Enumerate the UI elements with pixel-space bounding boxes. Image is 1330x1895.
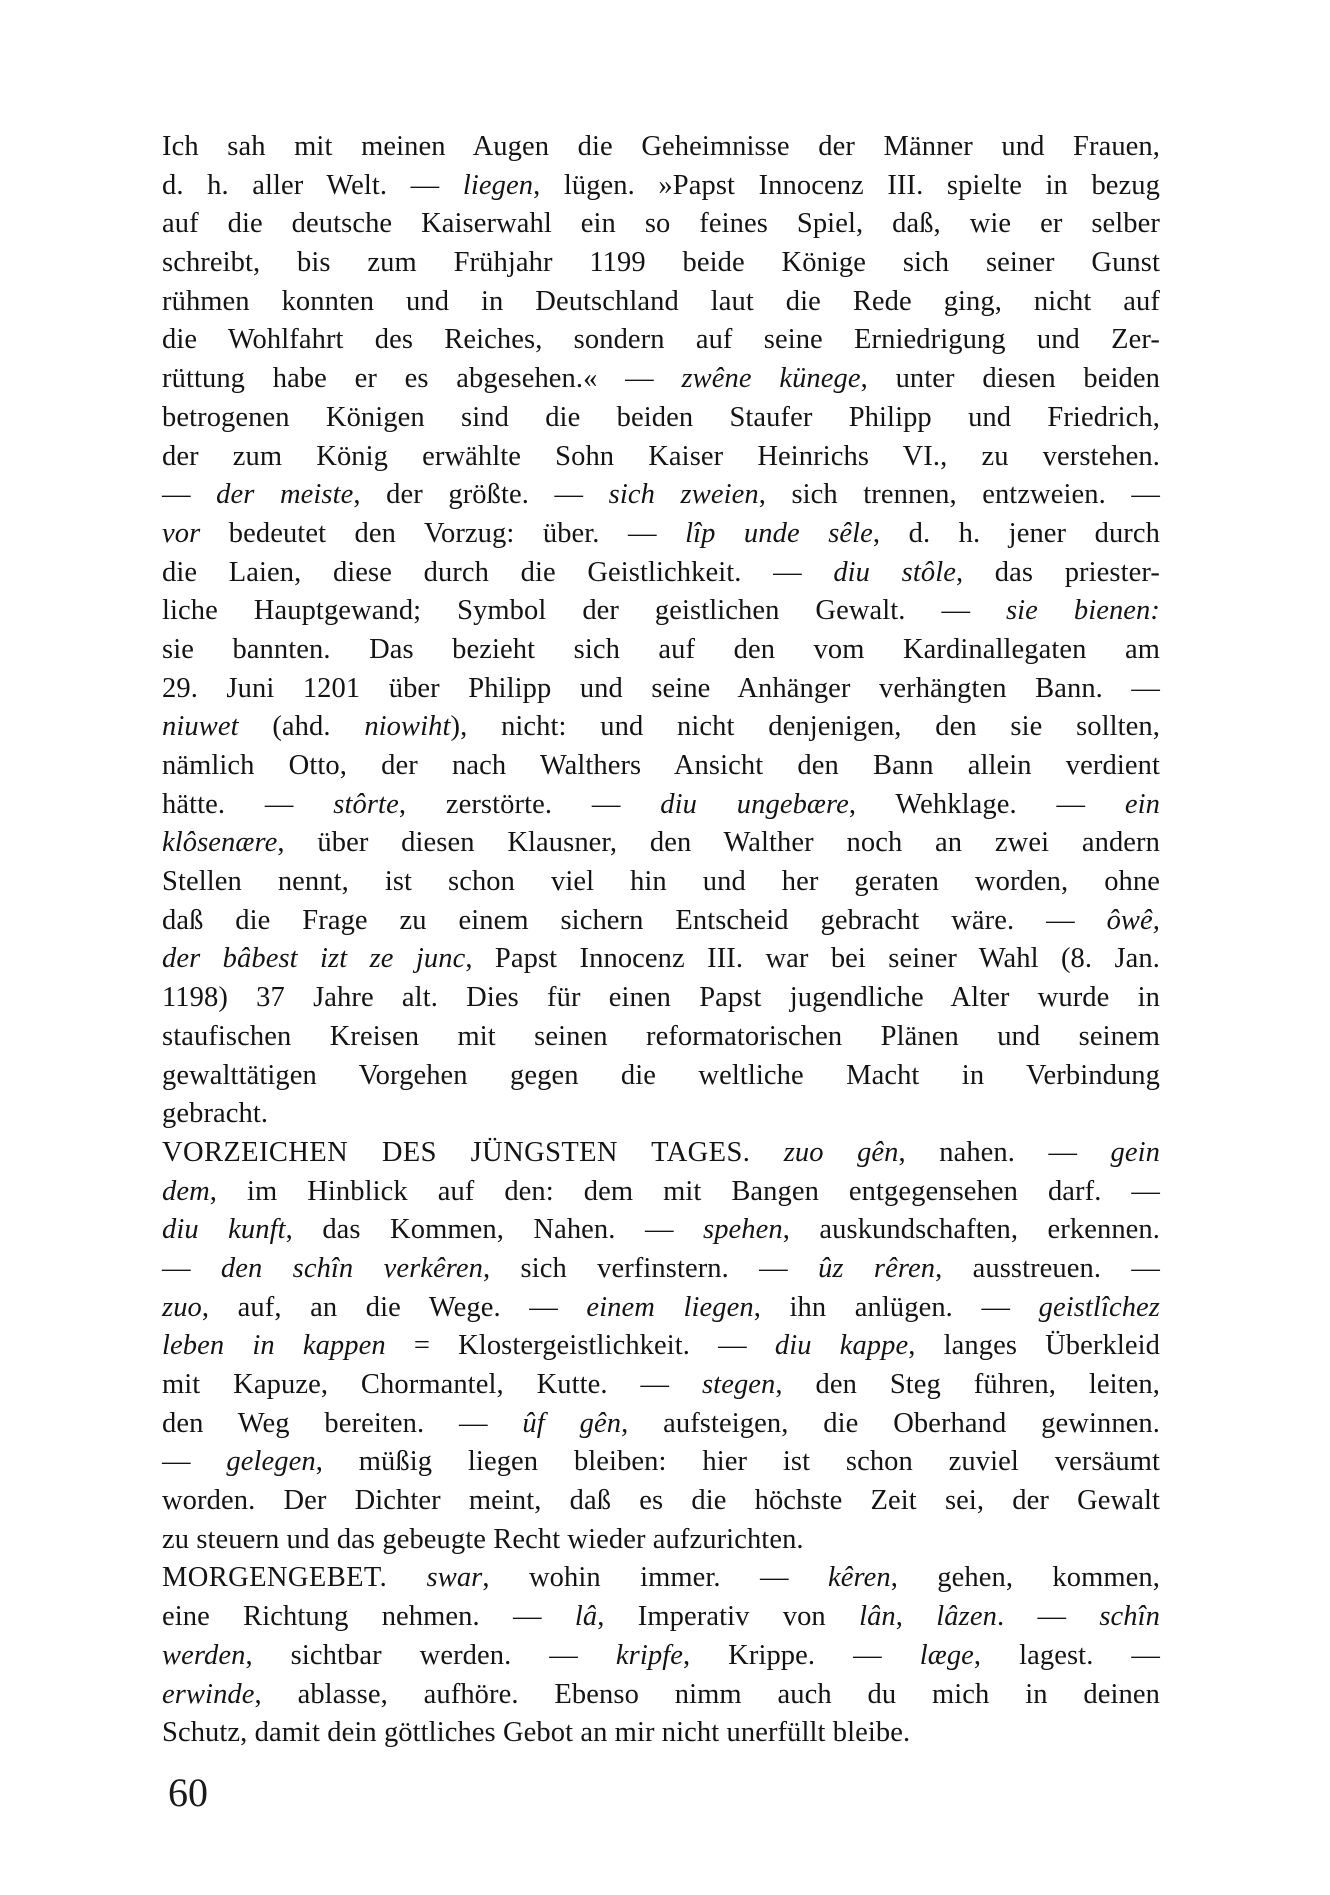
mhg-term: zuo bbox=[162, 1292, 202, 1323]
text-line: Ich sah mit meinen Augen die Geheimnisse… bbox=[162, 128, 1160, 167]
text-line: zuo, auf, an die Wege. — einem liegen, i… bbox=[162, 1289, 1160, 1328]
text-line: gewalttätigen Vorgehen gegen die weltlic… bbox=[162, 1057, 1160, 1096]
text-line: niuwet (ahd. niowiht), nicht: und nicht … bbox=[162, 708, 1160, 747]
page-number: 60 bbox=[168, 1768, 208, 1818]
gloss-text: — bbox=[162, 1446, 226, 1477]
gloss-text: , das priester- bbox=[956, 557, 1160, 588]
mhg-term: dem bbox=[162, 1176, 210, 1207]
text-line: betrogenen Königen sind die beiden Stauf… bbox=[162, 399, 1160, 438]
text-line: vor bedeutet den Vorzug: über. — lîp und… bbox=[162, 515, 1160, 554]
text-line: auf die deutsche Kaiserwahl ein so feine… bbox=[162, 205, 1160, 244]
mhg-term: vor bbox=[162, 518, 200, 549]
gloss-text: daß die Frage zu einem sichern Entscheid… bbox=[162, 905, 1107, 936]
mhg-term: liegen bbox=[463, 170, 533, 201]
text-line: hätte. — stôrte, zerstörte. — diu ungebæ… bbox=[162, 786, 1160, 825]
gloss-text: , auskundschaften, erkennen. bbox=[783, 1214, 1160, 1245]
mhg-term: den schîn verkêren bbox=[221, 1253, 483, 1284]
gloss-text: , lügen. »Papst Innocenz III. spielte in… bbox=[533, 170, 1160, 201]
gloss-text: , sich trennen, entzweien. — bbox=[759, 479, 1160, 510]
text-line: — der meiste, der größte. — sich zweien,… bbox=[162, 476, 1160, 515]
mhg-term: gelegen bbox=[226, 1446, 315, 1477]
gloss-text: = Klostergeistlichkeit. — bbox=[386, 1330, 775, 1361]
mhg-term: erwinde bbox=[162, 1679, 255, 1710]
gloss-text: , sich verfinstern. — bbox=[483, 1253, 818, 1284]
commentary-text-block: Ich sah mit meinen Augen die Geheimnisse… bbox=[162, 128, 1160, 1753]
mhg-term: niowiht bbox=[364, 711, 450, 742]
mhg-term: gein bbox=[1111, 1137, 1160, 1168]
mhg-term: ein bbox=[1125, 789, 1160, 820]
gloss-text: , den Steg führen, leiten, bbox=[775, 1369, 1160, 1400]
text-line: schreibt, bis zum Frühjahr 1199 beide Kö… bbox=[162, 244, 1160, 283]
gloss-text: , nahen. — bbox=[899, 1137, 1111, 1168]
text-line: gebracht. bbox=[162, 1095, 1160, 1134]
gloss-text: , Imperativ von bbox=[597, 1601, 859, 1632]
text-line: staufischen Kreisen mit seinen reformato… bbox=[162, 1018, 1160, 1057]
mhg-term: lâ bbox=[575, 1601, 597, 1632]
mhg-term: ûz rêren bbox=[818, 1253, 935, 1284]
commentary-section-intro: Ich sah mit meinen Augen die Geheimnisse… bbox=[162, 128, 1160, 1134]
book-page: Ich sah mit meinen Augen die Geheimnisse… bbox=[0, 0, 1330, 1895]
text-line: diu kunft, das Kommen, Nahen. — spehen, … bbox=[162, 1211, 1160, 1250]
gloss-text bbox=[387, 1562, 426, 1593]
gloss-text: ), nicht: und nicht denjenigen, den sie … bbox=[451, 711, 1160, 742]
gloss-text: Schutz, damit dein göttliches Gebot an m… bbox=[162, 1717, 910, 1748]
commentary-section: VORZEICHEN DES JÜNGSTEN TAGES. zuo gên, … bbox=[162, 1134, 1160, 1560]
text-line: der zum König erwählte Sohn Kaiser Heinr… bbox=[162, 438, 1160, 477]
mhg-term: zwêne künege bbox=[681, 363, 860, 394]
gloss-text: der zum König erwählte Sohn Kaiser Heinr… bbox=[162, 441, 1160, 472]
text-line: werden, sichtbar werden. — kripfe, Kripp… bbox=[162, 1637, 1160, 1676]
gloss-text: , langes Überkleid bbox=[908, 1330, 1160, 1361]
gloss-text: die Wohlfahrt des Reiches, sondern auf s… bbox=[162, 324, 1160, 355]
gloss-text: nämlich Otto, der nach Walthers Ansicht … bbox=[162, 750, 1160, 781]
gloss-text: , wohin immer. — bbox=[482, 1562, 828, 1593]
gloss-text: worden. Der Dichter meint, daß es die hö… bbox=[162, 1485, 1160, 1516]
gloss-text: , ablasse, aufhöre. Ebenso nimm auch du … bbox=[255, 1679, 1160, 1710]
mhg-term: diu ungebære bbox=[660, 789, 849, 820]
gloss-text: 1198) 37 Jahre alt. Dies für einen Papst… bbox=[162, 982, 1160, 1013]
gloss-text: , der größte. — bbox=[353, 479, 608, 510]
gloss-text: , zerstörte. — bbox=[399, 789, 660, 820]
mhg-term: diu kunft bbox=[162, 1214, 286, 1245]
mhg-term: klôsenære bbox=[162, 827, 277, 858]
gloss-text: , d. h. jener durch bbox=[873, 518, 1160, 549]
text-line: sie bannten. Das bezieht sich auf den vo… bbox=[162, 631, 1160, 670]
gloss-text: , Wehklage. — bbox=[849, 789, 1125, 820]
mhg-term: swar bbox=[427, 1562, 483, 1593]
mhg-term: diu kappe bbox=[775, 1330, 908, 1361]
gloss-text: rühmen konnten und in Deutschland laut d… bbox=[162, 286, 1160, 317]
gloss-text: , auf, an die Wege. — bbox=[202, 1292, 587, 1323]
gloss-text: die Laien, diese durch die Geistlichkeit… bbox=[162, 557, 833, 588]
text-line: rüttung habe er es abgesehen.« — zwêne k… bbox=[162, 360, 1160, 399]
mhg-term: der meiste bbox=[216, 479, 353, 510]
text-line: leben in kappen = Klostergeistlichkeit. … bbox=[162, 1327, 1160, 1366]
gloss-text: staufischen Kreisen mit seinen reformato… bbox=[162, 1021, 1160, 1052]
gloss-text: , Krippe. — bbox=[683, 1640, 920, 1671]
gloss-text: auf die deutsche Kaiserwahl ein so feine… bbox=[162, 208, 1160, 239]
gloss-text: rüttung habe er es abgesehen.« — bbox=[162, 363, 681, 394]
gloss-text: d. h. aller Welt. — bbox=[162, 170, 463, 201]
gloss-text: 29. Juni 1201 über Philipp und seine Anh… bbox=[162, 673, 1160, 704]
text-line: rühmen konnten und in Deutschland laut d… bbox=[162, 283, 1160, 322]
gloss-text: . — bbox=[997, 1601, 1099, 1632]
mhg-term: kripfe bbox=[616, 1640, 683, 1671]
text-line: die Laien, diese durch die Geistlichkeit… bbox=[162, 554, 1160, 593]
text-line: der bâbest izt ze junc, Papst Innocenz I… bbox=[162, 940, 1160, 979]
mhg-term: lâzen bbox=[936, 1601, 997, 1632]
text-line: 1198) 37 Jahre alt. Dies für einen Papst… bbox=[162, 979, 1160, 1018]
text-line: mit Kapuze, Chormantel, Kutte. — stegen,… bbox=[162, 1366, 1160, 1405]
text-line: eine Richtung nehmen. — lâ, Imperativ vo… bbox=[162, 1598, 1160, 1637]
gloss-text bbox=[750, 1137, 783, 1168]
mhg-term: diu stôle bbox=[833, 557, 956, 588]
section-heading: VORZEICHEN DES JÜNGSTEN TAGES. bbox=[162, 1137, 750, 1168]
mhg-term: sie bienen: bbox=[1006, 595, 1160, 626]
text-line: MORGENGEBET. swar, wohin immer. — kêren,… bbox=[162, 1559, 1160, 1598]
text-line: daß die Frage zu einem sichern Entscheid… bbox=[162, 902, 1160, 941]
gloss-text: — bbox=[162, 479, 216, 510]
gloss-text: , im Hinblick auf den: dem mit Bangen en… bbox=[210, 1176, 1160, 1207]
commentary-section: MORGENGEBET. swar, wohin immer. — kêren,… bbox=[162, 1559, 1160, 1752]
mhg-term: stegen bbox=[702, 1369, 775, 1400]
gloss-text: , müßig liegen bleiben: hier ist schon z… bbox=[316, 1446, 1160, 1477]
gloss-text: , über diesen Klausner, den Walther noch… bbox=[277, 827, 1160, 858]
gloss-text: betrogenen Königen sind die beiden Stauf… bbox=[162, 402, 1160, 433]
text-line: d. h. aller Welt. — liegen, lügen. »Paps… bbox=[162, 167, 1160, 206]
gloss-text: gewalttätigen Vorgehen gegen die weltlic… bbox=[162, 1060, 1160, 1091]
gloss-text: , lagest. — bbox=[974, 1640, 1160, 1671]
mhg-term: læge bbox=[920, 1640, 974, 1671]
gloss-text: — bbox=[162, 1253, 221, 1284]
text-line: VORZEICHEN DES JÜNGSTEN TAGES. zuo gên, … bbox=[162, 1134, 1160, 1173]
gloss-text: , bbox=[896, 1601, 937, 1632]
text-line: Stellen nennt, ist schon viel hin und he… bbox=[162, 863, 1160, 902]
text-line: erwinde, ablasse, aufhöre. Ebenso nimm a… bbox=[162, 1676, 1160, 1715]
gloss-text: Stellen nennt, ist schon viel hin und he… bbox=[162, 866, 1160, 897]
mhg-term: stôrte bbox=[333, 789, 399, 820]
mhg-term: kêren bbox=[828, 1562, 891, 1593]
mhg-term: sich zweien bbox=[609, 479, 759, 510]
gloss-text: , Papst Innocenz III. war bei seiner Wah… bbox=[465, 943, 1160, 974]
mhg-term: zuo gên bbox=[784, 1137, 899, 1168]
text-line: liche Hauptgewand; Symbol der geistliche… bbox=[162, 592, 1160, 631]
gloss-text: hätte. — bbox=[162, 789, 333, 820]
mhg-term: einem liegen bbox=[586, 1292, 753, 1323]
text-line: die Wohlfahrt des Reiches, sondern auf s… bbox=[162, 321, 1160, 360]
text-line: worden. Der Dichter meint, daß es die hö… bbox=[162, 1482, 1160, 1521]
mhg-term: leben in kappen bbox=[162, 1330, 386, 1361]
gloss-text: , unter diesen beiden bbox=[861, 363, 1160, 394]
gloss-text: , gehen, kommen, bbox=[891, 1562, 1160, 1593]
mhg-term: schîn bbox=[1099, 1601, 1160, 1632]
mhg-term: lîp unde sêle bbox=[685, 518, 873, 549]
gloss-text: , ausstreuen. — bbox=[935, 1253, 1160, 1284]
text-line: dem, im Hinblick auf den: dem mit Bangen… bbox=[162, 1173, 1160, 1212]
gloss-text: , aufsteigen, die Oberhand gewinnen. bbox=[621, 1408, 1160, 1439]
text-line: 29. Juni 1201 über Philipp und seine Anh… bbox=[162, 670, 1160, 709]
gloss-text: (ahd. bbox=[239, 711, 365, 742]
text-line: zu steuern und das gebeugte Recht wieder… bbox=[162, 1521, 1160, 1560]
text-line: den Weg bereiten. — ûf gên, aufsteigen, … bbox=[162, 1405, 1160, 1444]
mhg-term: niuwet bbox=[162, 711, 239, 742]
mhg-term: spehen bbox=[703, 1214, 783, 1245]
gloss-text: zu steuern und das gebeugte Recht wieder… bbox=[162, 1524, 804, 1555]
text-line: — den schîn verkêren, sich verfinstern. … bbox=[162, 1250, 1160, 1289]
text-line: klôsenære, über diesen Klausner, den Wal… bbox=[162, 824, 1160, 863]
gloss-text: , das Kommen, Nahen. — bbox=[286, 1214, 703, 1245]
gloss-text: den Weg bereiten. — bbox=[162, 1408, 522, 1439]
gloss-text: sie bannten. Das bezieht sich auf den vo… bbox=[162, 634, 1160, 665]
mhg-term: der bâbest izt ze junc bbox=[162, 943, 465, 974]
section-heading: MORGENGEBET. bbox=[162, 1562, 387, 1593]
gloss-text: bedeutet den Vorzug: über. — bbox=[200, 518, 685, 549]
mhg-term: ôwê, bbox=[1107, 905, 1160, 936]
gloss-text: , sichtbar werden. — bbox=[245, 1640, 615, 1671]
mhg-term: lân bbox=[859, 1601, 896, 1632]
mhg-term: ûf gên bbox=[522, 1408, 621, 1439]
mhg-term: geistlîchez bbox=[1039, 1292, 1160, 1323]
gloss-text: liche Hauptgewand; Symbol der geistliche… bbox=[162, 595, 1006, 626]
text-line: — gelegen, müßig liegen bleiben: hier is… bbox=[162, 1443, 1160, 1482]
gloss-text: schreibt, bis zum Frühjahr 1199 beide Kö… bbox=[162, 247, 1160, 278]
gloss-text: gebracht. bbox=[162, 1098, 268, 1129]
gloss-text: , ihn anlügen. — bbox=[754, 1292, 1039, 1323]
gloss-text: Ich sah mit meinen Augen die Geheimnisse… bbox=[162, 131, 1160, 162]
text-line: nämlich Otto, der nach Walthers Ansicht … bbox=[162, 747, 1160, 786]
mhg-term: werden bbox=[162, 1640, 245, 1671]
text-line: Schutz, damit dein göttliches Gebot an m… bbox=[162, 1714, 1160, 1753]
gloss-text: eine Richtung nehmen. — bbox=[162, 1601, 575, 1632]
gloss-text: mit Kapuze, Chormantel, Kutte. — bbox=[162, 1369, 702, 1400]
